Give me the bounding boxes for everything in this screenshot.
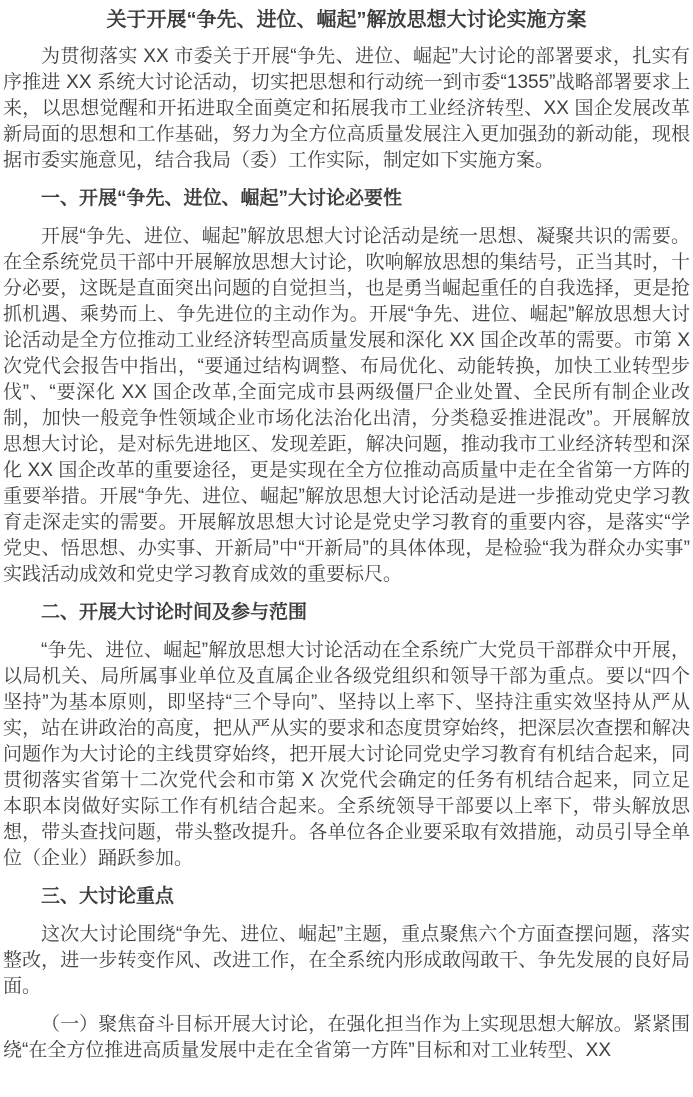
- section2-body-paragraph: “争先、进位、崛起”解放思想大讨论活动在全系统广大党员干部群众中开展，以局机关、…: [3, 638, 690, 872]
- section1-body-paragraph: 开展“争先、进位、崛起”解放思想大讨论活动是统一思想、凝聚共识的需要。在全系统党…: [3, 224, 690, 588]
- document-page: 关于开展“争先、进位、崛起”解放思想大讨论实施方案 为贯彻落实 XX 市委关于开…: [0, 0, 693, 1097]
- section3-item1-paragraph: （一）聚焦奋斗目标开展大讨论，在强化担当作为上实现思想大解放。紧紧围绕“在全方位…: [3, 1012, 690, 1064]
- intro-paragraph: 为贯彻落实 XX 市委关于开展“争先、进位、崛起”大讨论的部署要求，扎实有序推进…: [3, 44, 690, 174]
- section2-heading: 二、开展大讨论时间及参与范围: [3, 600, 690, 626]
- section3-body-paragraph: 这次大讨论围绕“争先、进位、崛起”主题，重点聚焦六个方面查摆问题，落实整改，进一…: [3, 922, 690, 1000]
- section3-heading: 三、大讨论重点: [3, 884, 690, 910]
- document-title: 关于开展“争先、进位、崛起”解放思想大讨论实施方案: [3, 6, 690, 34]
- section1-heading: 一、开展“争先、进位、崛起”大讨论必要性: [3, 186, 690, 212]
